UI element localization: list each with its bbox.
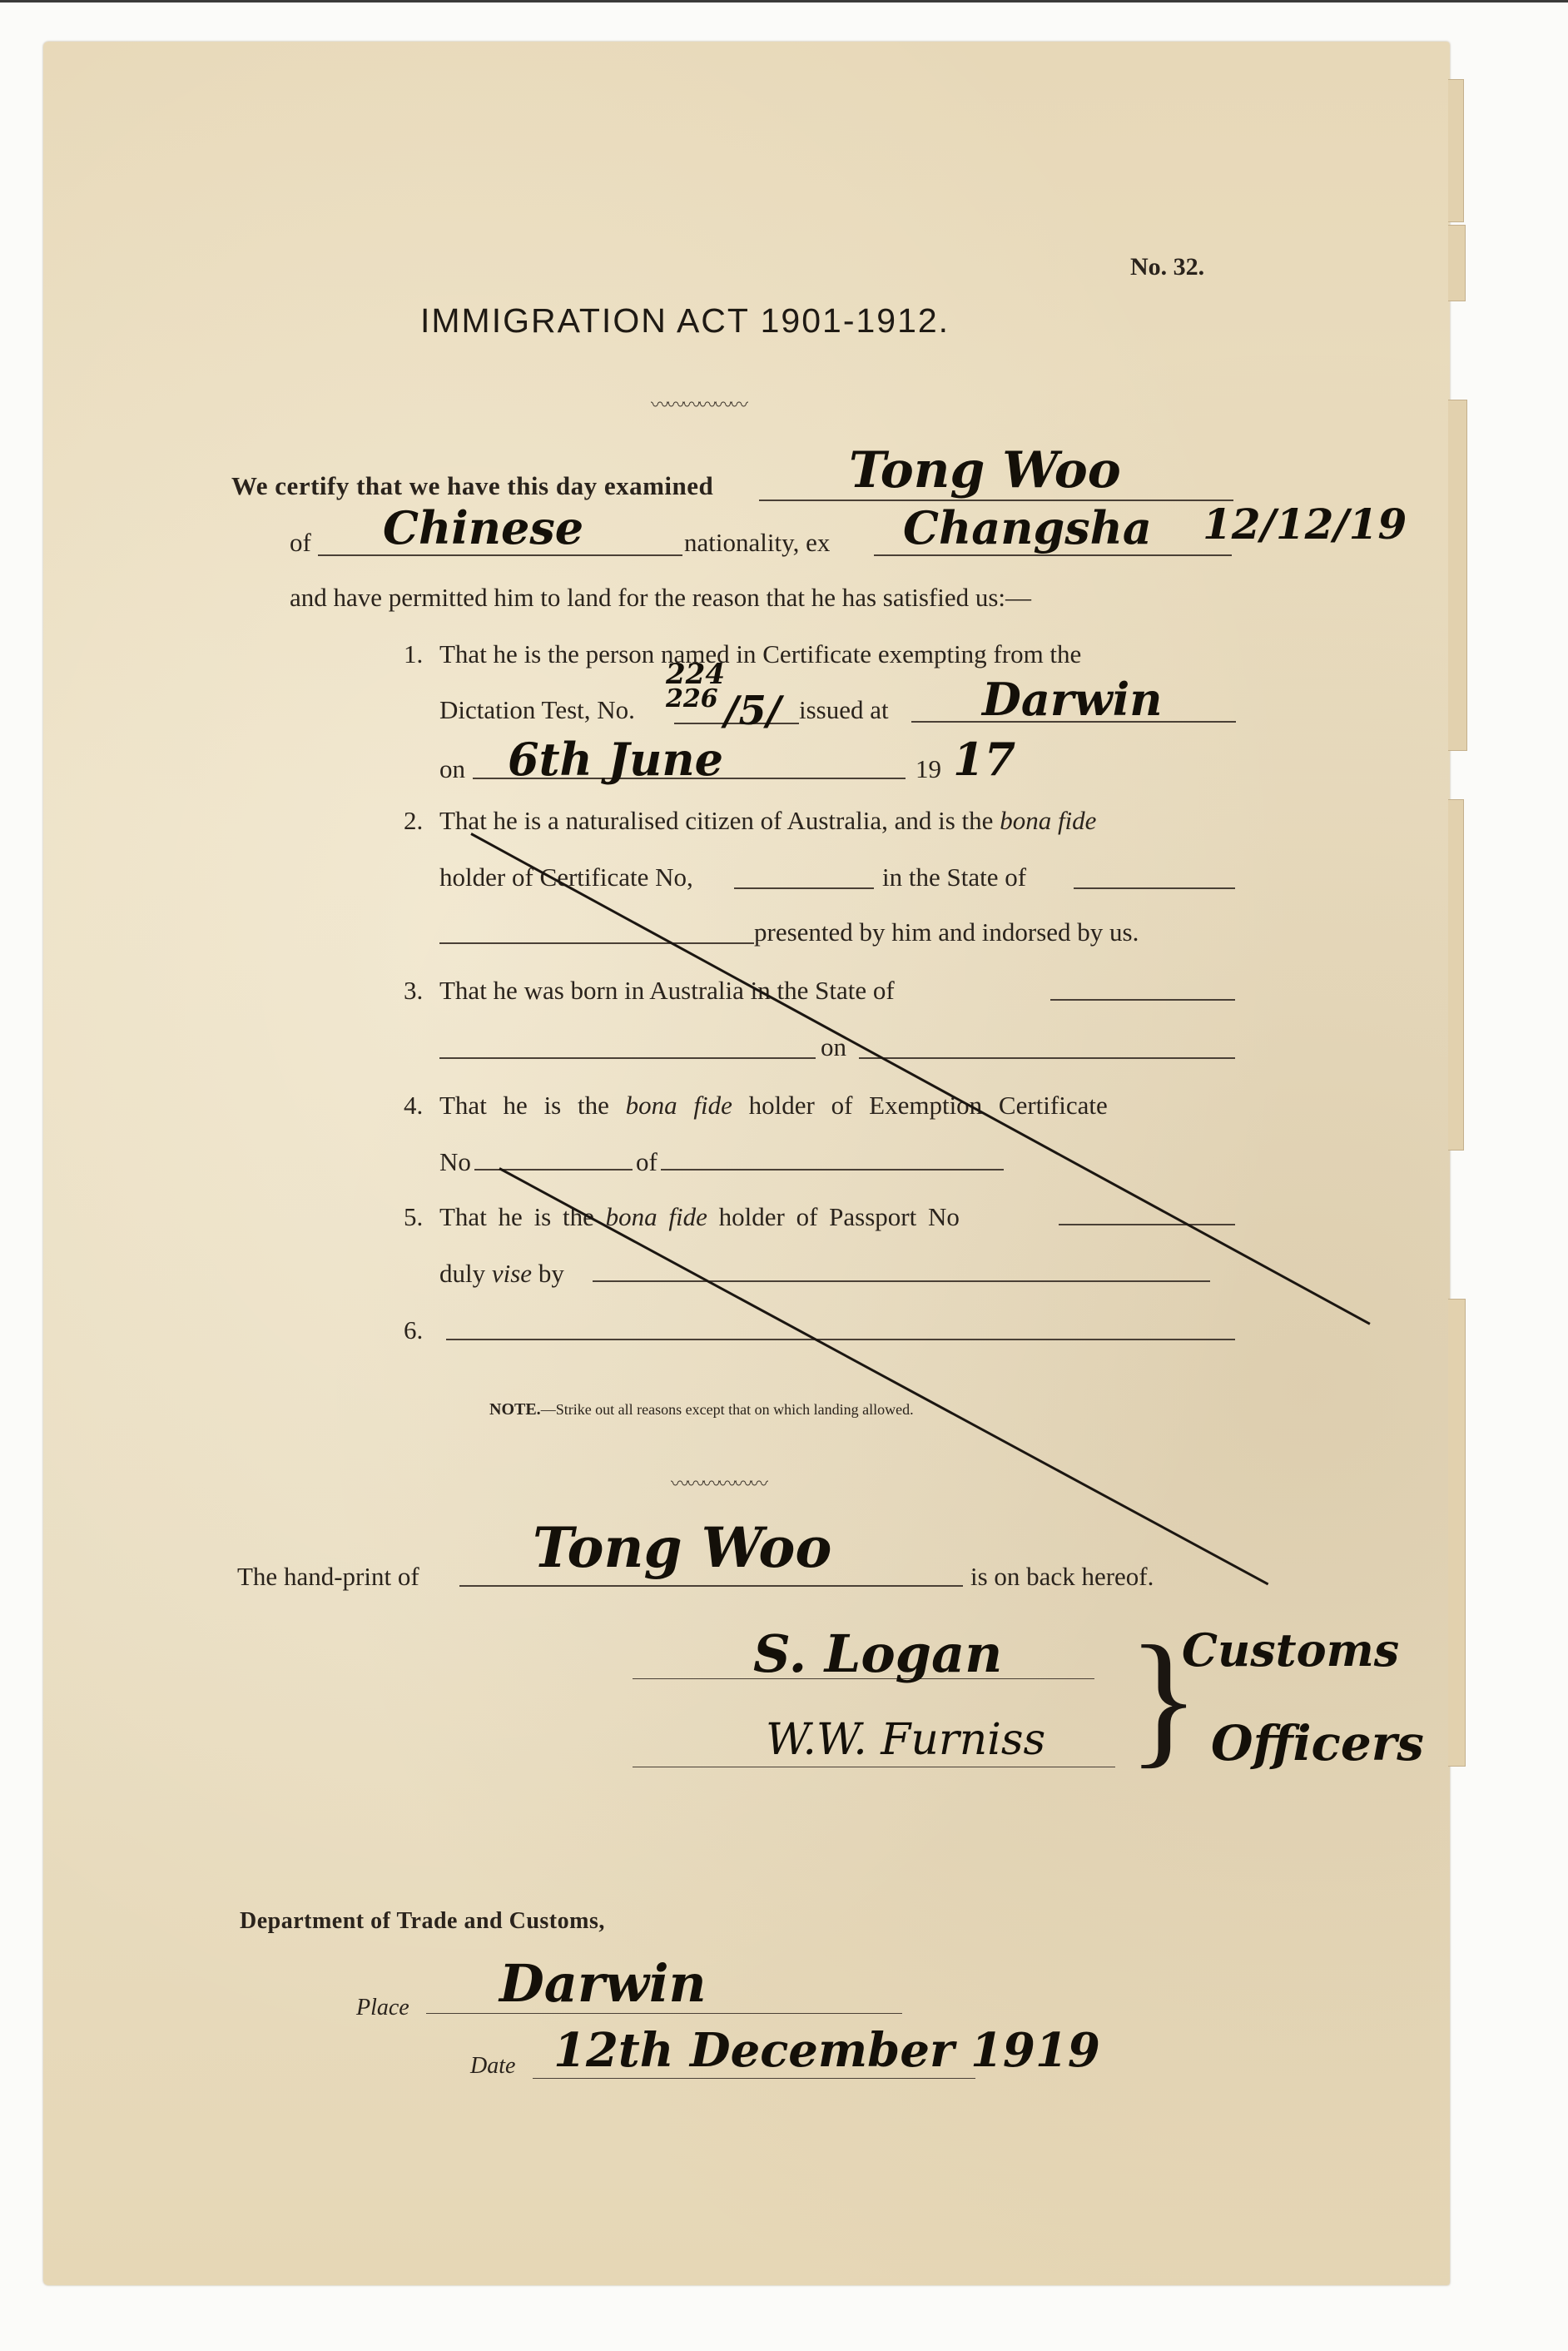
reason-1-line-1: That he is the person named in Certifica… xyxy=(439,639,1081,669)
permitted-text: and have permitted him to land for the r… xyxy=(290,583,1031,613)
page-title: IMMIGRATION ACT 1901-1912. xyxy=(420,301,950,340)
nationality-label: nationality, ex xyxy=(684,528,830,558)
officer-2-signature: W.W. Furniss xyxy=(766,1715,1045,1765)
reason-2-line-3: presented by him and indorsed by us. xyxy=(754,917,1139,947)
note-label: NOTE. xyxy=(489,1400,541,1419)
handprint-name-field[interactable] xyxy=(459,1585,963,1587)
reason-3-number: 3. xyxy=(404,976,423,1006)
cert-no-lower: 226 xyxy=(666,684,718,713)
exemption-of-label: of xyxy=(636,1147,657,1177)
issued-on-label: on xyxy=(439,754,465,784)
reason-2-line-1: That he is a naturalised citizen of Aust… xyxy=(439,806,1096,836)
arrival-date-value: 12/12/19 xyxy=(1203,500,1407,549)
by-text: by xyxy=(538,1259,564,1288)
issued-on-value: 6th June xyxy=(508,733,723,786)
birth-state-field[interactable] xyxy=(1050,999,1235,1001)
presented-field[interactable] xyxy=(439,942,754,944)
divider-ornament: 〰〰〰〰〰〰 xyxy=(651,391,746,417)
paper-tear-tab xyxy=(1448,1299,1466,1767)
officer-1-signature: S. Logan xyxy=(753,1623,1002,1684)
reason-2-state-label: in the State of xyxy=(882,862,1026,892)
signature-line-2[interactable] xyxy=(633,1767,1115,1767)
reason-4-number: 4. xyxy=(404,1091,423,1121)
reason-2-text: That he is a naturalised citizen of Aust… xyxy=(439,806,993,835)
paper-tear-tab xyxy=(1448,400,1467,751)
exemption-of-field[interactable] xyxy=(661,1169,1004,1171)
issued-at-label: issued at xyxy=(799,695,889,725)
vise-by-field[interactable] xyxy=(593,1280,1210,1282)
naturalisation-cert-no-field[interactable] xyxy=(734,887,874,889)
department-name: Department of Trade and Customs, xyxy=(240,1908,605,1935)
bona-fide-text: bona fide xyxy=(606,1202,707,1231)
passport-no-field[interactable] xyxy=(1059,1224,1235,1225)
naturalisation-state-field[interactable] xyxy=(1074,887,1235,889)
paper-tear-tab xyxy=(1448,225,1466,301)
birth-date-field[interactable] xyxy=(859,1057,1235,1059)
reason-5-line-2: duly vise by xyxy=(439,1259,564,1289)
paper-tear-tab xyxy=(1448,79,1464,222)
reason-6-field[interactable] xyxy=(446,1339,1235,1340)
handprint-name-value: Tong Woo xyxy=(533,1515,831,1580)
officer-role-line-1: Customs xyxy=(1182,1623,1399,1677)
reason-5-number: 5. xyxy=(404,1202,423,1232)
handprint-suffix: is on back hereof. xyxy=(970,1562,1154,1592)
duly-text: duly xyxy=(439,1259,485,1288)
year-suffix-value: 17 xyxy=(953,733,1015,786)
nationality-ex-text: nationality, ex xyxy=(684,528,830,557)
reason-6-number: 6. xyxy=(404,1315,423,1345)
note: NOTE.—Strike out all reasons except that… xyxy=(489,1400,914,1419)
date-label: Date xyxy=(470,2053,515,2080)
reason-2-number: 2. xyxy=(404,806,423,836)
vise-text: vise xyxy=(492,1259,532,1288)
reason-3-line-1: That he was born in Australia in the Sta… xyxy=(439,976,895,1006)
handprint-label: The hand-print of xyxy=(237,1562,419,1592)
vessel-field[interactable] xyxy=(874,554,1232,556)
intro-line-1: We certify that we have this day examine… xyxy=(231,471,713,501)
examined-name-value: Tong Woo xyxy=(849,441,1121,500)
reason-1-dictation-label: Dictation Test, No. xyxy=(439,695,635,725)
divider-ornament: 〰〰〰〰〰〰 xyxy=(671,1470,766,1496)
place-label: Place xyxy=(356,1995,409,2021)
year-prefix: 19 xyxy=(915,754,941,784)
certify-text: We certify that we have this day examine… xyxy=(231,471,713,500)
reason-2-cert-label: holder of Certificate No, xyxy=(439,862,693,892)
reason-4-text: That he is the xyxy=(439,1091,609,1120)
document-page xyxy=(43,42,1450,2285)
reason-5-text-end: holder of Passport No xyxy=(719,1202,960,1231)
reason-4-text-end: holder of Exemption Certificate xyxy=(749,1091,1108,1120)
bona-fide-text: bona fide xyxy=(1000,806,1096,835)
nationality-field[interactable] xyxy=(318,554,682,556)
of-label: of xyxy=(290,528,311,558)
reason-4-line-1: That he is the bona fide holder of Exemp… xyxy=(439,1091,1108,1121)
scan-top-border xyxy=(0,0,1568,2)
paper-tear-tab xyxy=(1448,799,1464,1151)
issued-at-value: Darwin xyxy=(982,673,1163,726)
note-text: —Strike out all reasons except that on w… xyxy=(541,1401,914,1418)
cert-no-suffix: /5/ xyxy=(724,688,781,734)
date-field[interactable] xyxy=(533,2078,975,2079)
bona-fide-text: bona fide xyxy=(626,1091,732,1120)
exemption-no-label: No xyxy=(439,1147,471,1177)
form-number: No. 32. xyxy=(1130,253,1204,281)
vessel-value: Changsha xyxy=(903,501,1152,554)
date-value: 12th December 1919 xyxy=(553,2023,1100,2078)
officer-role-line-2: Officers xyxy=(1211,1715,1424,1772)
place-value: Darwin xyxy=(499,1953,707,2014)
nationality-value: Chinese xyxy=(383,501,583,554)
birth-place-field[interactable] xyxy=(439,1057,816,1059)
reason-5-line-1: That he is the bona fide holder of Passp… xyxy=(439,1202,960,1232)
reason-1-number: 1. xyxy=(404,639,423,669)
